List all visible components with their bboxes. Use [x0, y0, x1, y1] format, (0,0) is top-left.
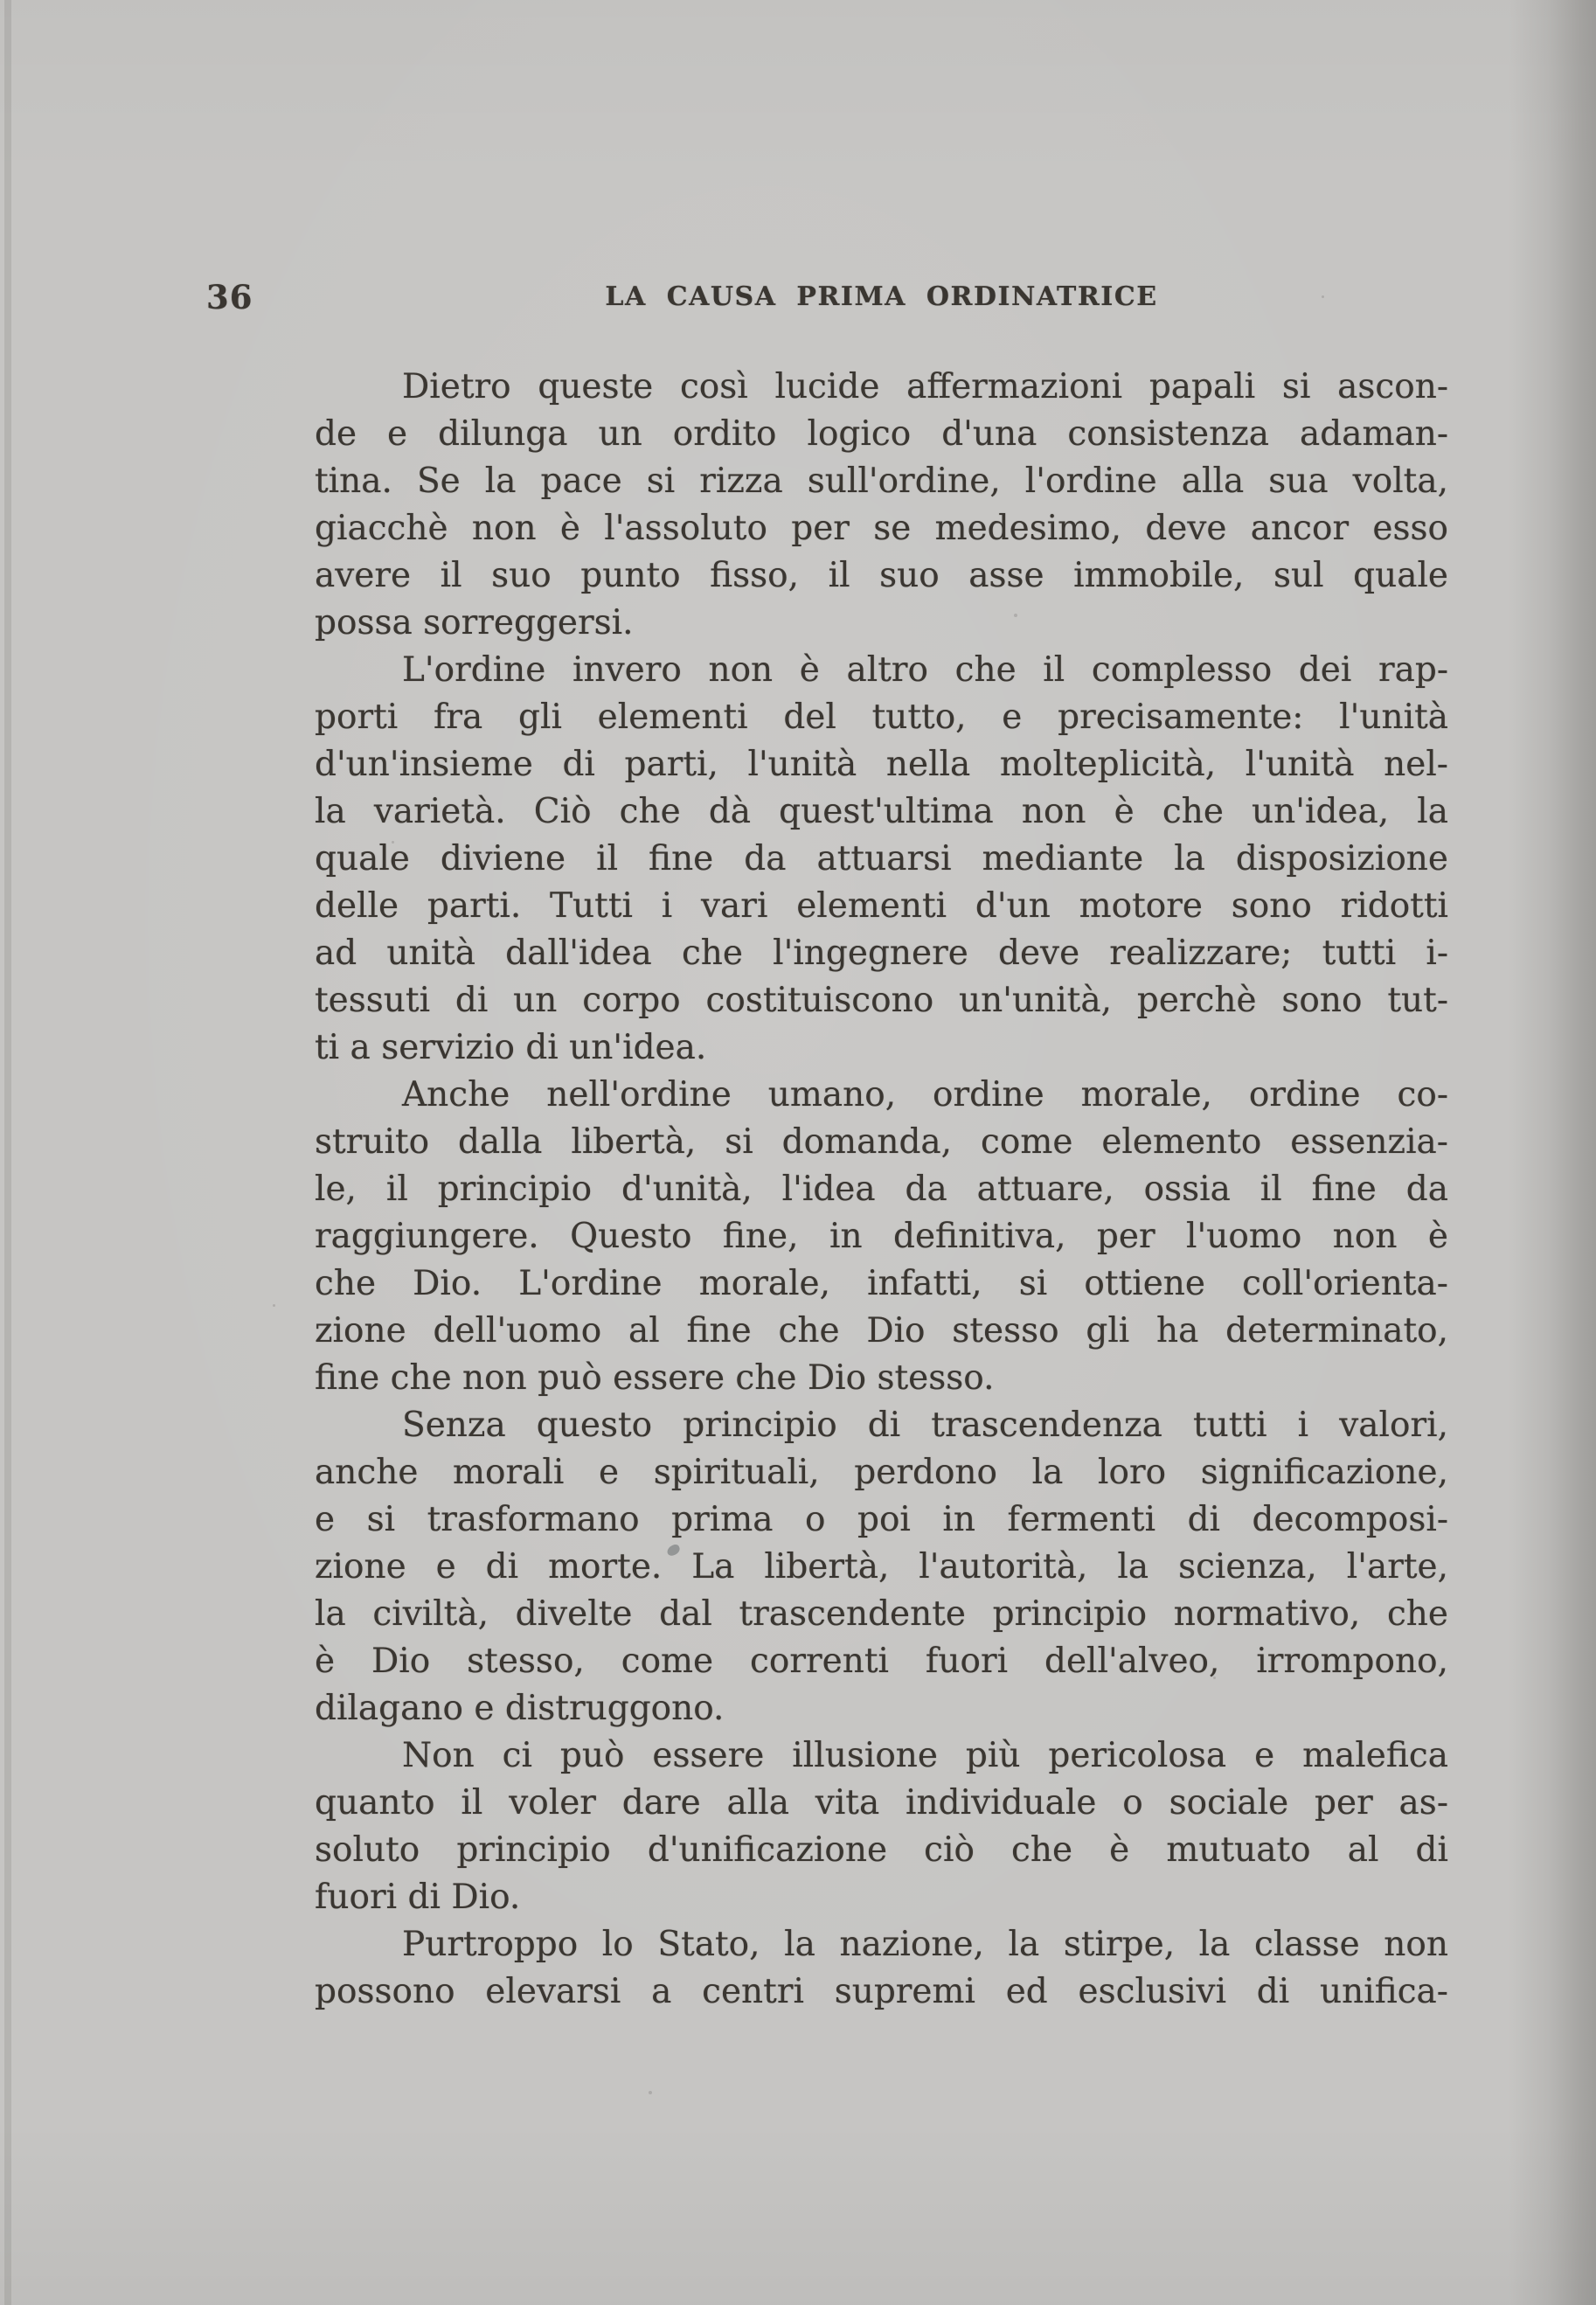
- book-page-scan: 36 LA CAUSA PRIMA ORDINATRICE Dietro que…: [0, 0, 1596, 2305]
- body-text: Dietro queste così lucide affermazioni p…: [315, 364, 1448, 2016]
- text-line: la civiltà, divelte dal trascendente pri…: [315, 1591, 1448, 1638]
- text-line: le, il principio d'unità, l'idea da attu…: [315, 1166, 1448, 1213]
- text-line: giacchè non è l'assoluto per se medesimo…: [315, 505, 1448, 552]
- text-line: Senza questo principio di trascendenza t…: [315, 1402, 1448, 1449]
- page-left-edge-shadow: [4, 0, 11, 2305]
- text-line: la varietà. Ciò che dà quest'ultima non …: [315, 788, 1448, 836]
- text-line: quanto il voler dare alla vita individua…: [315, 1780, 1448, 1827]
- paper-speck: [1213, 1677, 1216, 1679]
- text-line: tessuti di un corpo costituiscono un'uni…: [315, 977, 1448, 1024]
- text-line: che Dio. L'ordine morale, infatti, si ot…: [315, 1260, 1448, 1308]
- text-line: zione dell'uomo al fine che Dio stesso g…: [315, 1308, 1448, 1355]
- page-number: 36: [206, 278, 253, 316]
- text-line: Anche nell'ordine umano, ordine morale, …: [315, 1072, 1448, 1119]
- text-line: soluto principio d'unificazione ciò che …: [315, 1827, 1448, 1874]
- paper-speck: [273, 1304, 275, 1307]
- paper-speck: [649, 2091, 652, 2094]
- text-line: Dietro queste così lucide affermazioni p…: [315, 364, 1448, 411]
- text-line: struito dalla libertà, si domanda, come …: [315, 1119, 1448, 1166]
- text-line: dilagano e distruggono.: [315, 1685, 1448, 1732]
- text-line: è Dio stesso, come correnti fuori dell'a…: [315, 1638, 1448, 1685]
- text-line: possono elevarsi a centri supremi ed esc…: [315, 1968, 1448, 2016]
- paper-speck: [1014, 614, 1017, 617]
- text-line: e si trasformano prima o poi in fermenti…: [315, 1496, 1448, 1544]
- running-header: LA CAUSA PRIMA ORDINATRICE: [315, 281, 1448, 312]
- text-line: fuori di Dio.: [315, 1874, 1448, 1921]
- text-line: zione e di morte. La libertà, l'autorità…: [315, 1544, 1448, 1591]
- paper-speck: [1322, 295, 1324, 298]
- text-line: anche morali e spirituali, perdono la lo…: [315, 1449, 1448, 1496]
- text-line: quale diviene il fine da attuarsi median…: [315, 836, 1448, 883]
- text-line: ti a servizio di un'idea.: [315, 1024, 1448, 1072]
- text-line: fine che non può essere che Dio stesso.: [315, 1355, 1448, 1402]
- text-line: Non ci può essere illusione più pericolo…: [315, 1732, 1448, 1780]
- text-line: delle parti. Tutti i vari elementi d'un …: [315, 883, 1448, 930]
- text-line: L'ordine invero non è altro che il compl…: [315, 647, 1448, 694]
- text-line: Purtroppo lo Stato, la nazione, la stirp…: [315, 1921, 1448, 1968]
- text-line: de e dilunga un ordito logico d'una cons…: [315, 411, 1448, 458]
- text-line: d'un'insieme di parti, l'unità nella mol…: [315, 741, 1448, 788]
- page-right-edge-shadow: [1509, 0, 1596, 2305]
- text-line: raggiungere. Questo fine, in definitiva,…: [315, 1213, 1448, 1260]
- text-line: porti fra gli elementi del tutto, e prec…: [315, 694, 1448, 741]
- paper-speck: [392, 841, 394, 844]
- text-line: possa sorreggersi.: [315, 600, 1448, 647]
- text-line: tina. Se la pace si rizza sull'ordine, l…: [315, 458, 1448, 505]
- text-line: avere il suo punto fisso, il suo asse im…: [315, 552, 1448, 600]
- text-line: ad unità dall'idea che l'ingegnere deve …: [315, 930, 1448, 977]
